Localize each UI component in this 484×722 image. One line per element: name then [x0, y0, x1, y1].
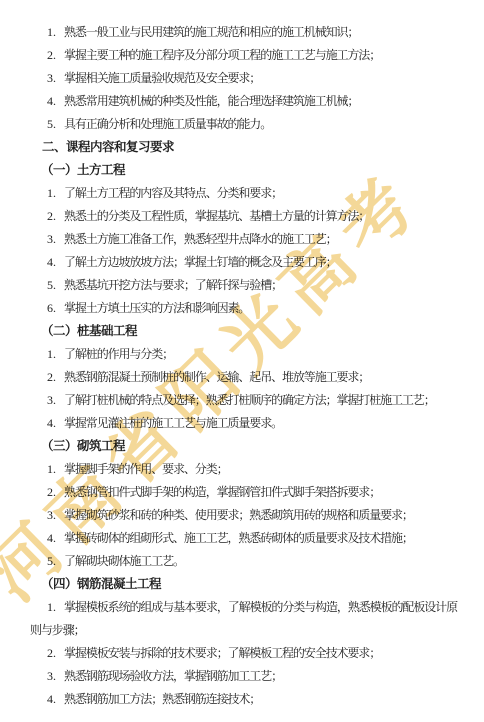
item-number: 5.: [47, 554, 56, 568]
list-item: 2.熟悉钢筋混凝土预制桩的制作、运输、起吊、堆放等施工要求；: [30, 366, 457, 389]
list-item: 2.熟悉土的分类及工程性质，掌握基坑、基槽土方量的计算方法；: [30, 205, 457, 228]
list-item: 3.掌握砌筑砂浆和砖的种类、使用要求；熟悉砌筑用砖的规格和质量要求；: [30, 504, 457, 527]
item-number: 4.: [47, 416, 56, 430]
list-item: 2.熟悉钢管扣件式脚手架的构造，掌握钢管扣件式脚手架搭拆要求；: [30, 481, 457, 504]
list-item: 2.掌握模板安装与拆除的技术要求；了解模板工程的安全技术要求；: [30, 642, 457, 665]
list-item: 4.熟悉钢筋加工方法；熟悉钢筋连接技术；: [30, 688, 457, 711]
list-item: 1.了解土方工程的内容及其特点、分类和要求；: [30, 182, 457, 205]
document-page: 河南省阳光高考 1.熟悉一般工业与民用建筑的施工规范和相应的施工机械知识；2.掌…: [0, 0, 484, 722]
item-number: 1.: [47, 347, 56, 361]
section-heading: （二）桩基础工程: [30, 320, 457, 343]
list-item: 4.掌握砖砌体的组砌形式、施工工艺，熟悉砖砌体的质量要求及技术措施；: [30, 527, 457, 550]
item-number: 4.: [47, 692, 56, 706]
item-number: 1.: [47, 25, 56, 39]
list-item: 2.掌握主要工种的施工程序及分部分项工程的施工工艺与施工方法；: [30, 44, 457, 67]
list-item: 1.了解桩的作用与分类；: [30, 343, 457, 366]
item-number: 3.: [47, 393, 56, 407]
item-number: 2.: [47, 370, 56, 384]
item-number: 3.: [47, 508, 56, 522]
list-item: 3.了解打桩机械的特点及选择；熟悉打桩顺序的确定方法；掌握打桩施工工艺；: [30, 389, 457, 412]
list-item: 4.熟悉常用建筑机械的种类及性能，能合理选择建筑施工机械；: [30, 90, 457, 113]
list-item: 3.掌握相关施工质量验收规范及安全要求；: [30, 67, 457, 90]
list-item: 5.具有正确分析和处理施工质量事故的能力。: [30, 113, 457, 136]
list-item: 1.掌握模板系统的组成与基本要求，了解模板的分类与构造，熟悉模板的配板设计原则与…: [30, 596, 457, 642]
item-number: 4.: [47, 255, 56, 269]
list-item: 3.熟悉钢筋现场验收方法，掌握钢筋加工工艺；: [30, 665, 457, 688]
item-number: 2.: [47, 209, 56, 223]
list-item: 4.掌握常见灌注桩的施工工艺与施工质量要求。: [30, 412, 457, 435]
item-number: 3.: [47, 71, 56, 85]
list-item: 4.了解土方边坡放坡方法；掌握土钉墙的概念及主要工序；: [30, 251, 457, 274]
list-item: 6.掌握土方填土压实的方法和影响因素。: [30, 297, 457, 320]
item-number: 5.: [47, 117, 56, 131]
item-number: 4.: [47, 531, 56, 545]
item-number: 3.: [47, 232, 56, 246]
list-item: 5.熟悉基坑开挖方法与要求；了解钎探与验槽；: [30, 274, 457, 297]
item-number: 2.: [47, 485, 56, 499]
chapter-heading: 二、课程内容和复习要求: [30, 136, 457, 159]
item-number: 1.: [47, 186, 56, 200]
document-body: 1.熟悉一般工业与民用建筑的施工规范和相应的施工机械知识；2.掌握主要工种的施工…: [30, 21, 457, 711]
item-number: 6.: [47, 301, 56, 315]
section-heading: （一）土方工程: [30, 159, 457, 182]
item-number: 1.: [47, 600, 56, 614]
item-number: 4.: [47, 94, 56, 108]
item-number: 3.: [47, 669, 56, 683]
list-item: 5.了解砌块砌体施工工艺。: [30, 550, 457, 573]
item-number: 2.: [47, 48, 56, 62]
list-item: 1.熟悉一般工业与民用建筑的施工规范和相应的施工机械知识；: [30, 21, 457, 44]
list-item: 1.掌握脚手架的作用、要求、分类；: [30, 458, 457, 481]
item-number: 1.: [47, 462, 56, 476]
section-heading: （三）砌筑工程: [30, 435, 457, 458]
item-number: 2.: [47, 646, 56, 660]
item-number: 5.: [47, 278, 56, 292]
list-item: 3.熟悉土方施工准备工作，熟悉轻型井点降水的施工工艺；: [30, 228, 457, 251]
section-heading: （四）钢筋混凝土工程: [30, 573, 457, 596]
